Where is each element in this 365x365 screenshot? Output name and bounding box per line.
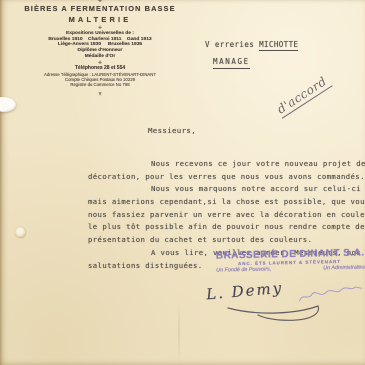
letterhead-subtitle: MALTERIE [20,15,180,24]
scanned-letter-page: ✛ BIÈRES A FERMENTATION BASSE MALTERIE ✛… [0,0,365,365]
punch-hole [15,227,26,238]
body-line: nous fassiez parvenir un verre avec la d… [88,209,365,222]
recipient-name-prefix: V erreries [205,40,259,49]
paper-crease [178,300,180,365]
salutation: Messieurs, [148,126,196,135]
torn-punch-notch [0,97,16,112]
signature-flourish [224,303,334,327]
body-line: mais aimerions cependant,si la chose est… [88,196,365,209]
handwritten-signature: L. Demy [205,279,283,304]
recipient-city: MANAGE [213,57,250,69]
body-line: Nous vous marquons notre accord sur celu… [88,183,365,196]
secondary-signature-scribble [295,280,365,308]
trident-ornament-icon: ♆ [20,91,180,98]
company-stamp: BRASSERIE DE DINANT S.A. ANC. ÉTS LAUREN… [216,247,365,274]
stamp-role-right: Un Administrateur [323,264,365,272]
ornament-cross-icon: ✛ [20,0,180,3]
body-line: Nous recevons ce jour votre nouveau proj… [88,158,365,171]
ornament-cross-icon: ✛ [20,26,180,30]
letterhead-title: BIÈRES A FERMENTATION BASSE [20,4,180,13]
recipient-name-emphasis: MICHOTTE [259,40,298,51]
letterhead: ✛ BIÈRES A FERMENTATION BASSE MALTERIE ✛… [20,0,180,98]
body-line: le plus tôt possible afin de pouvoir nou… [88,221,365,234]
stamp-role-left: Un Fondé de Pouvoirs, [216,266,271,274]
body-line: présentation du cachet et surtout des co… [88,234,365,247]
handwritten-approval-note: d'accord [274,72,333,118]
body-line: décoration, pour les verres que nous vou… [88,171,365,184]
recipient-name: V erreries MICHOTTE [205,40,298,49]
commerce-register-line: Registre du Commerce No 798 [20,82,180,87]
award-line: Médaille d'Or [20,54,180,60]
